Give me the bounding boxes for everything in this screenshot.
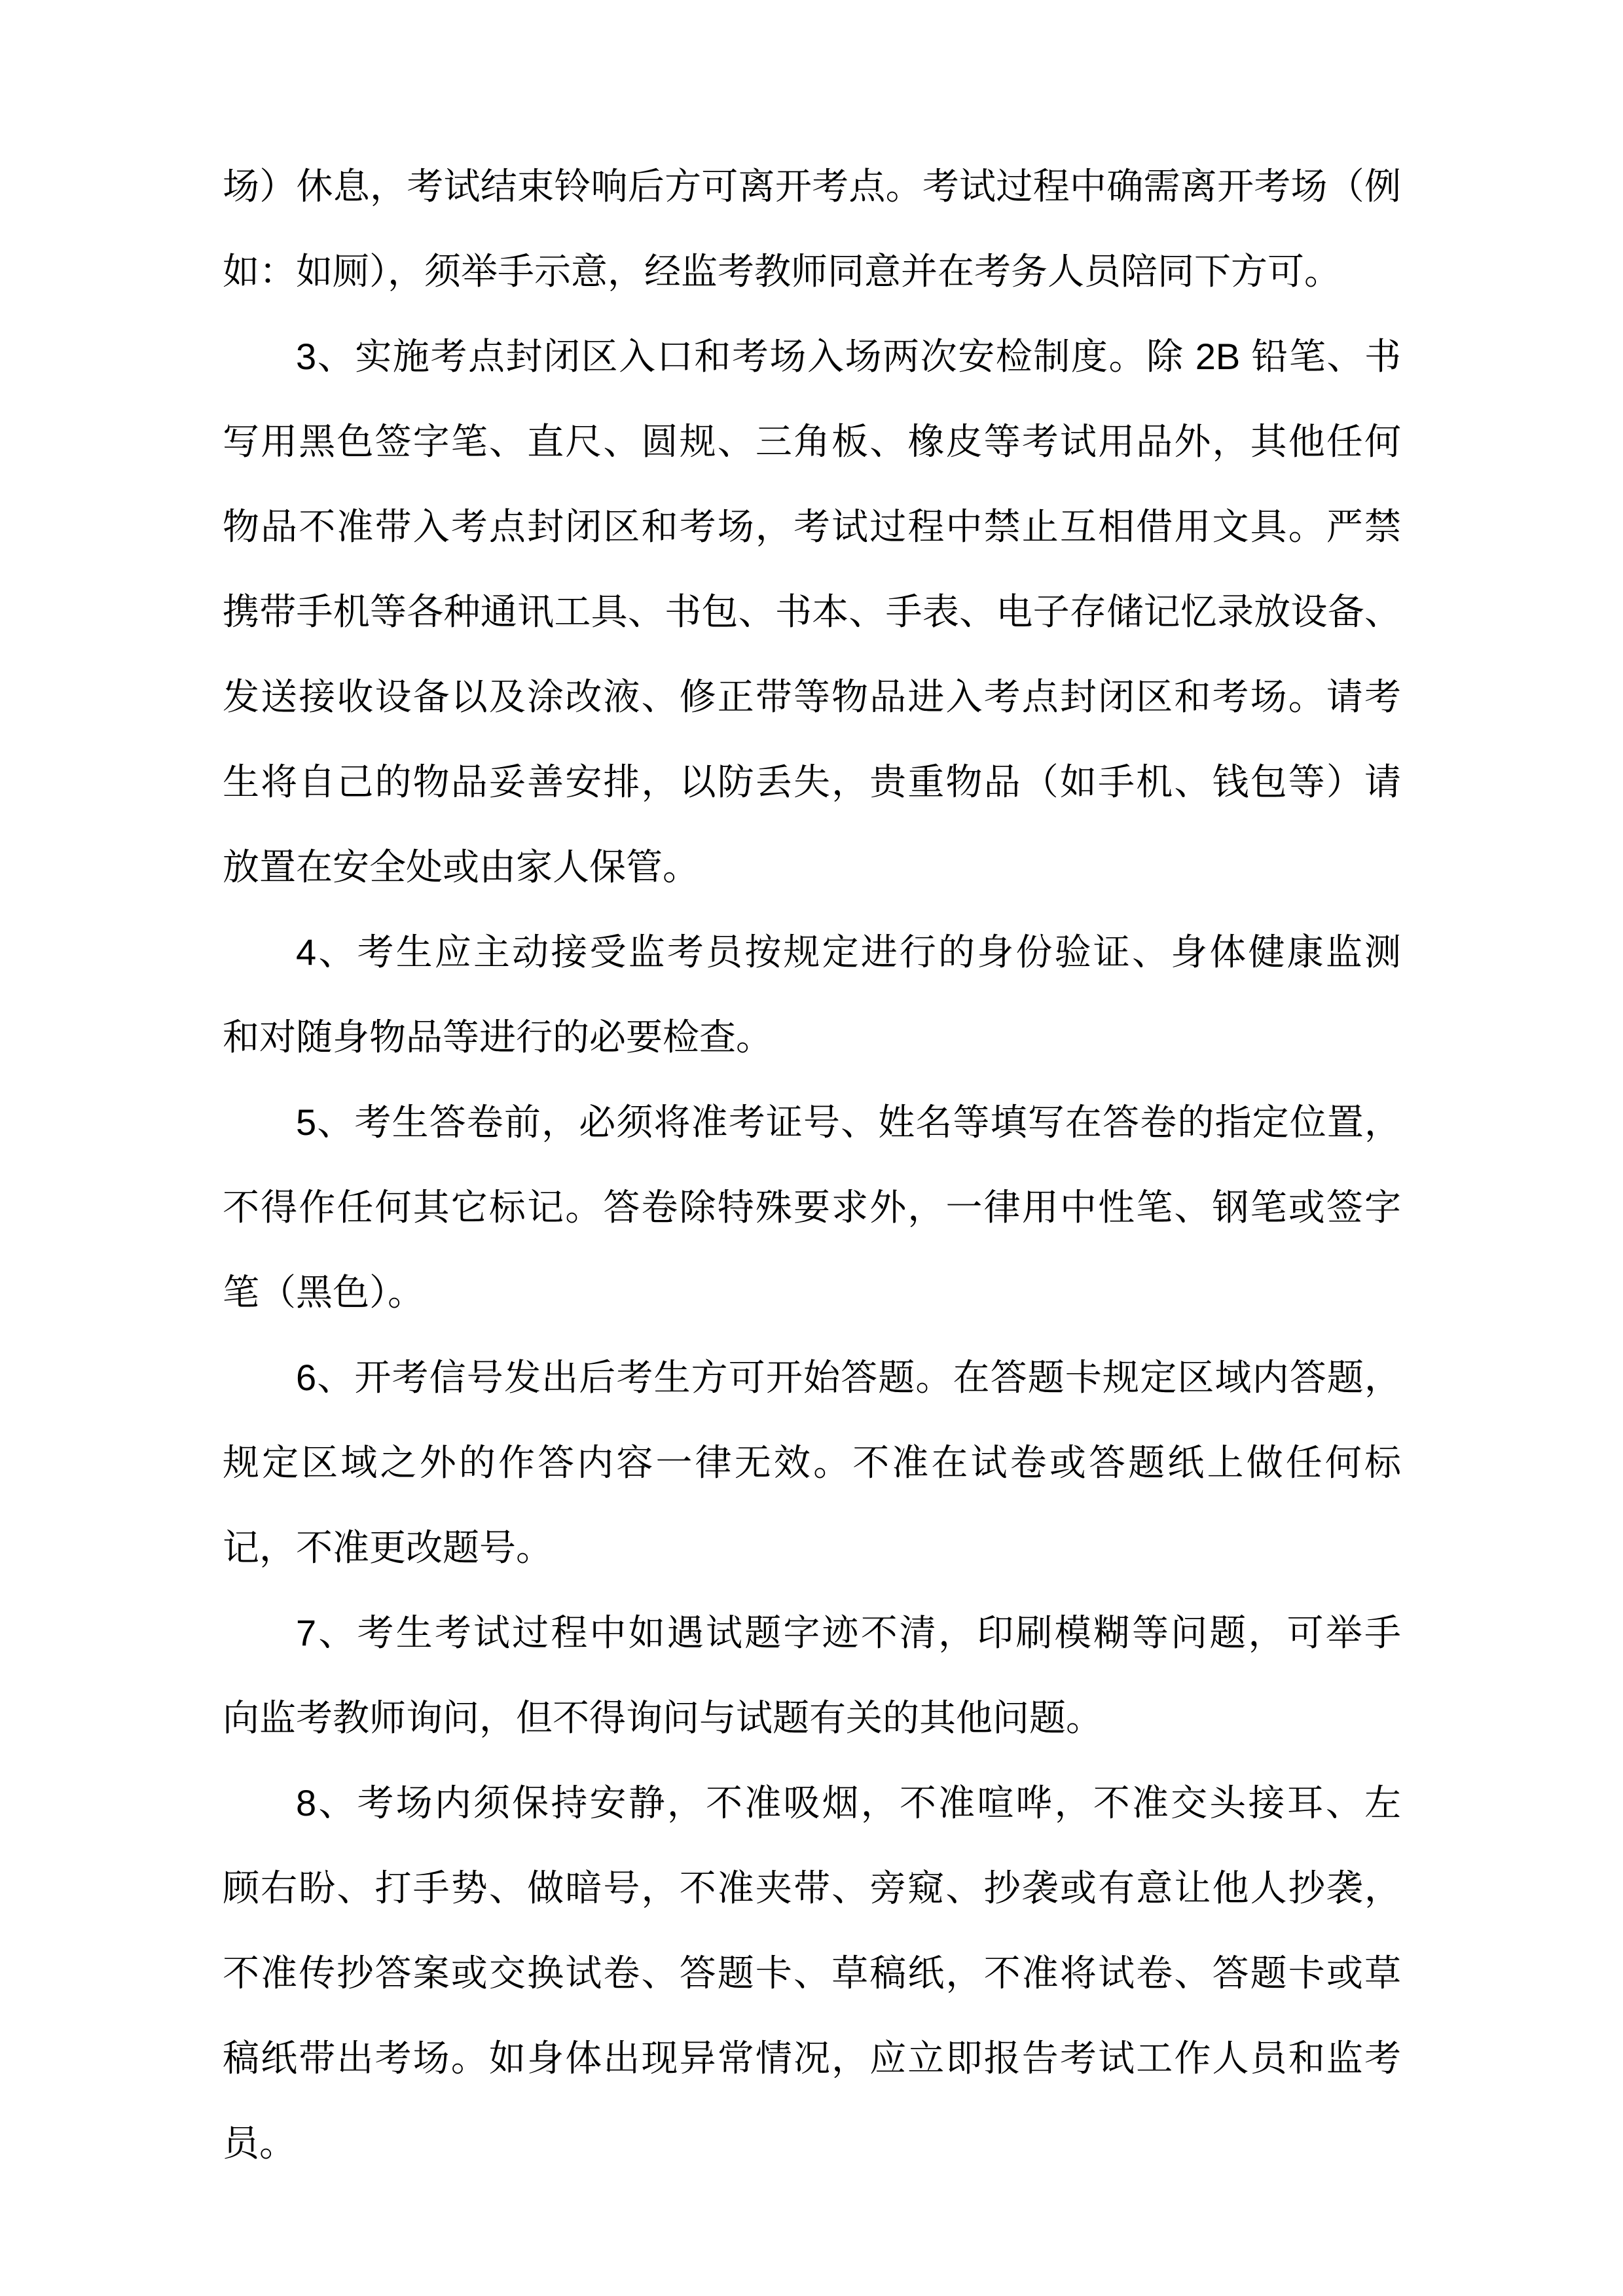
text-line: 发送接收设备以及涂改液、修正带等物品进入考点封闭区和考场。请考 <box>223 655 1401 740</box>
text-line: 5、考生答卷前，必须将准考证号、姓名等填写在答卷的指定位置， <box>223 1080 1401 1165</box>
text-line: 放置在安全处或由家人保管。 <box>223 825 1401 910</box>
document-body: 场）休息，考试结束铃响后方可离开考点。考试过程中确需离开考场（例如：如厕），须举… <box>223 144 1401 2186</box>
text-line: 和对随身物品等进行的必要检查。 <box>223 995 1401 1080</box>
text-line: 不准传抄答案或交换试卷、答题卡、草稿纸，不准将试卷、答题卡或草 <box>223 1931 1401 2016</box>
text-line: 3、实施考点封闭区入口和考场入场两次安检制度。除 2B 铅笔、书 <box>223 314 1401 399</box>
text-line: 场）休息，考试结束铃响后方可离开考点。考试过程中确需离开考场（例 <box>223 144 1401 229</box>
text-line: 写用黑色签字笔、直尺、圆规、三角板、橡皮等考试用品外，其他任何 <box>223 399 1401 484</box>
text-line: 向监考教师询问，但不得询问与试题有关的其他问题。 <box>223 1676 1401 1761</box>
text-line: 员。 <box>223 2101 1401 2186</box>
text-line: 记，不准更改题号。 <box>223 1505 1401 1590</box>
text-line: 携带手机等各种通讯工具、书包、书本、手表、电子存储记忆录放设备、 <box>223 569 1401 655</box>
text-line: 顾右盼、打手势、做暗号，不准夹带、旁窥、抄袭或有意让他人抄袭， <box>223 1846 1401 1931</box>
text-line: 物品不准带入考点封闭区和考场，考试过程中禁止互相借用文具。严禁 <box>223 484 1401 569</box>
document-page: 场）休息，考试结束铃响后方可离开考点。考试过程中确需离开考场（例如：如厕），须举… <box>0 0 1623 2296</box>
text-line: 4、考生应主动接受监考员按规定进行的身份验证、身体健康监测 <box>223 910 1401 995</box>
text-line: 6、开考信号发出后考生方可开始答题。在答题卡规定区域内答题， <box>223 1335 1401 1420</box>
text-line: 规定区域之外的作答内容一律无效。不准在试卷或答题纸上做任何标 <box>223 1420 1401 1505</box>
text-line: 笔（黑色）。 <box>223 1250 1401 1335</box>
text-line: 不得作任何其它标记。答卷除特殊要求外，一律用中性笔、钢笔或签字 <box>223 1165 1401 1250</box>
text-line: 稿纸带出考场。如身体出现异常情况，应立即报告考试工作人员和监考 <box>223 2016 1401 2101</box>
text-line: 生将自己的物品妥善安排，以防丢失，贵重物品（如手机、钱包等）请 <box>223 740 1401 825</box>
text-line: 如：如厕），须举手示意，经监考教师同意并在考务人员陪同下方可。 <box>223 229 1401 314</box>
text-line: 8、考场内须保持安静，不准吸烟，不准喧哗，不准交头接耳、左 <box>223 1761 1401 1846</box>
text-line: 7、考生考试过程中如遇试题字迹不清，印刷模糊等问题，可举手 <box>223 1590 1401 1676</box>
